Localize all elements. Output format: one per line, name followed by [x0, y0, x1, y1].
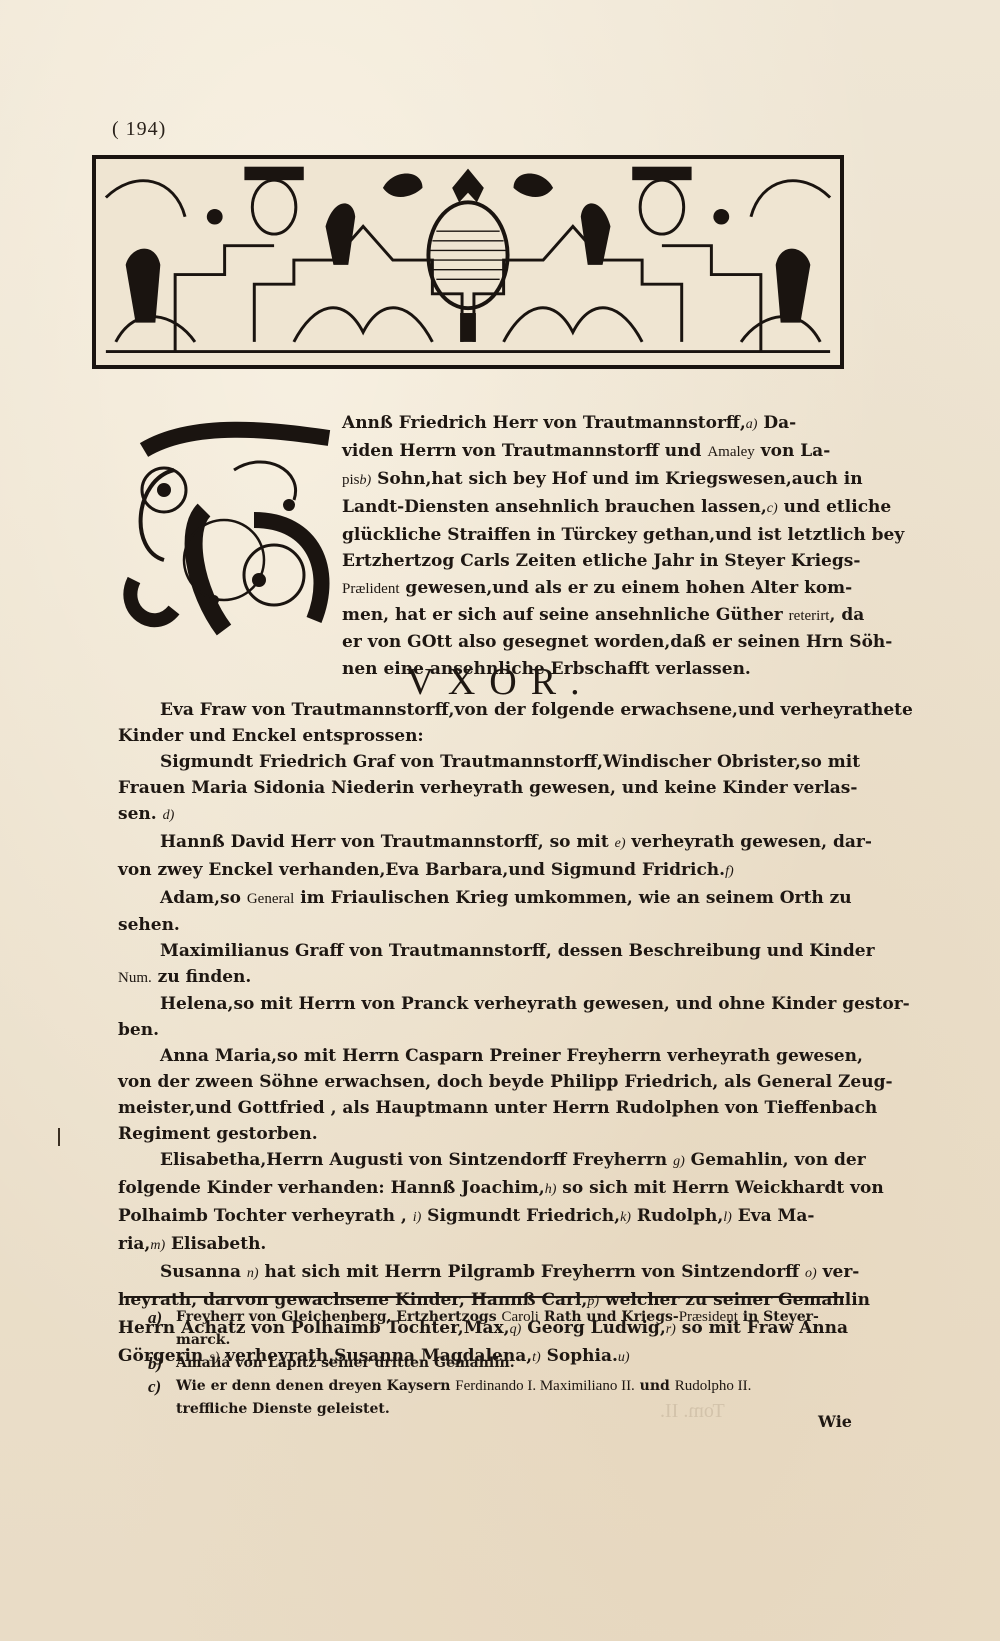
footnote-mark: a) — [148, 1306, 176, 1329]
body-line: Adam,so General im Friaulischen Krieg um… — [118, 885, 846, 912]
initial-h-icon — [114, 410, 336, 642]
roman-type-word: Num. — [118, 970, 152, 986]
footnote-text: marck. — [176, 1329, 848, 1352]
intro-line: viden Herrn von Trautmannstorff und Amal… — [342, 438, 842, 465]
body-line: meister,und Gottfried , als Hauptmann un… — [118, 1095, 846, 1121]
catchword: Wie — [818, 1412, 852, 1431]
roman-type-word: Caroli — [501, 1309, 539, 1325]
body-line: ria,m) Elisabeth. — [118, 1231, 846, 1259]
footnote-text: treffliche Dienste geleistet. — [176, 1398, 848, 1421]
body-line: von der zween Söhne erwachsen, doch beyd… — [118, 1069, 846, 1095]
genealogy-body: Eva Fraw von Trautmannstorff,von der fol… — [118, 697, 846, 1371]
intro-line: Prælident gewesen,und als er zu einem ho… — [342, 575, 842, 602]
footnote-reference: f) — [725, 864, 734, 879]
roman-type-word: Præsident — [679, 1309, 738, 1325]
body-line: folgende Kinder verhanden: Hannß Joachim… — [118, 1175, 846, 1203]
intro-line: glückliche Straiffen in Türckey gethan,u… — [342, 522, 842, 548]
roman-type-word: Prælident — [342, 581, 400, 597]
intro-line: Ertzhertzog Carls Zeiten etliche Jahr in… — [342, 548, 842, 574]
body-line: von zwey Enckel verhanden,Eva Barbara,un… — [118, 857, 846, 885]
body-line: ben. — [118, 1017, 846, 1043]
footnote-reference: h) — [545, 1182, 557, 1197]
footnote-line: marck. — [148, 1329, 848, 1352]
body-line: Susanna n) hat sich mit Herrn Pilgramb F… — [118, 1259, 846, 1287]
body-line: sen. d) — [118, 801, 846, 829]
page-number: ( 194) — [112, 118, 166, 141]
bleed-through-text: Tom. II. — [660, 1400, 725, 1423]
footnote-line: treffliche Dienste geleistet. — [148, 1398, 848, 1421]
footnotes: a)Freyherr von Gleichenberg, Ertzhertzog… — [148, 1306, 848, 1421]
footnote-reference: n) — [247, 1266, 259, 1281]
footnote-mark — [148, 1398, 176, 1421]
footnote-reference: a) — [746, 417, 758, 432]
footnote-divider — [124, 1296, 844, 1298]
ornamental-headpiece — [92, 155, 844, 369]
body-line: Hannß David Herr von Trautmannstorff, so… — [118, 829, 846, 857]
body-line: Sigmundt Friedrich Graf von Trautmannsto… — [118, 749, 846, 775]
footnote-mark: c) — [148, 1375, 176, 1398]
body-line: Frauen Maria Sidonia Niederin verheyrath… — [118, 775, 846, 801]
footnote-reference: e) — [615, 836, 626, 851]
intro-line: pisb) Sohn,hat sich bey Hof und im Krieg… — [342, 466, 842, 494]
footnote-reference: k) — [620, 1210, 631, 1225]
footnote-line: b)Amaliá von Lapitz seiner dritten Gemah… — [148, 1352, 848, 1375]
roman-type-word: General — [247, 891, 294, 907]
body-line: Polhaimb Tochter verheyrath , i) Sigmund… — [118, 1203, 846, 1231]
body-line: Helena,so mit Herrn von Pranck verheyrat… — [118, 991, 846, 1017]
body-line: sehen. — [118, 912, 846, 938]
footnote-text: Freyherr von Gleichenberg, Ertzhertzogs … — [176, 1306, 848, 1329]
footnote-mark: b) — [148, 1352, 176, 1375]
roman-type-word: Amaley — [707, 444, 754, 460]
intro-line: men, hat er sich auf seine ansehnliche G… — [342, 602, 842, 629]
footnote-reference: b) — [360, 473, 372, 488]
body-line: Elisabetha,Herrn Augusti von Sintzendorf… — [118, 1147, 846, 1175]
body-line: Eva Fraw von Trautmannstorff,von der fol… — [118, 697, 846, 723]
footnote-reference: c) — [767, 501, 778, 516]
footnote-line: c)Wie er denn denen dreyen Kaysern Ferdi… — [148, 1375, 848, 1398]
intro-line: Landt-Diensten ansehnlich brauchen lasse… — [342, 494, 842, 522]
body-line: Anna Maria,so mit Herrn Casparn Preiner … — [118, 1043, 846, 1069]
footnote-line: a)Freyherr von Gleichenberg, Ertzhertzog… — [148, 1306, 848, 1329]
roman-type-word: Rudolpho II. — [675, 1378, 752, 1394]
footnote-reference: i) — [413, 1210, 422, 1225]
decorated-initial-letter — [114, 410, 336, 642]
woodcut-ornament-icon — [96, 159, 840, 365]
roman-type-word: reterirt — [789, 608, 830, 624]
roman-type-word: Ferdinando I. Maximiliano II. — [455, 1378, 635, 1394]
body-line: Regiment gestorben. — [118, 1121, 846, 1147]
footnote-reference: d) — [163, 808, 175, 823]
footnote-mark — [148, 1329, 176, 1352]
footnote-text: Wie er denn denen dreyen Kaysern Ferdina… — [176, 1375, 848, 1398]
body-line: Num. zu finden. — [118, 964, 846, 991]
body-line: Kinder und Enckel entsprossen: — [118, 723, 846, 749]
body-line: Maximilianus Graff von Trautmannstorff, … — [118, 938, 846, 964]
intro-line: Annß Friedrich Herr von Trautmannstorff,… — [342, 410, 842, 438]
footnote-reference: l) — [723, 1210, 732, 1225]
footnote-reference: m) — [150, 1238, 165, 1253]
intro-paragraph: Annß Friedrich Herr von Trautmannstorff,… — [342, 410, 842, 682]
footnote-text: Amaliá von Lapitz seiner dritten Gemahli… — [176, 1352, 848, 1375]
footnote-reference: o) — [805, 1266, 817, 1281]
footnote-reference: g) — [673, 1154, 685, 1169]
roman-type-word: pis — [342, 472, 360, 488]
intro-line: er von GOtt also gesegnet worden,daß er … — [342, 629, 842, 655]
margin-mark — [58, 1128, 60, 1146]
